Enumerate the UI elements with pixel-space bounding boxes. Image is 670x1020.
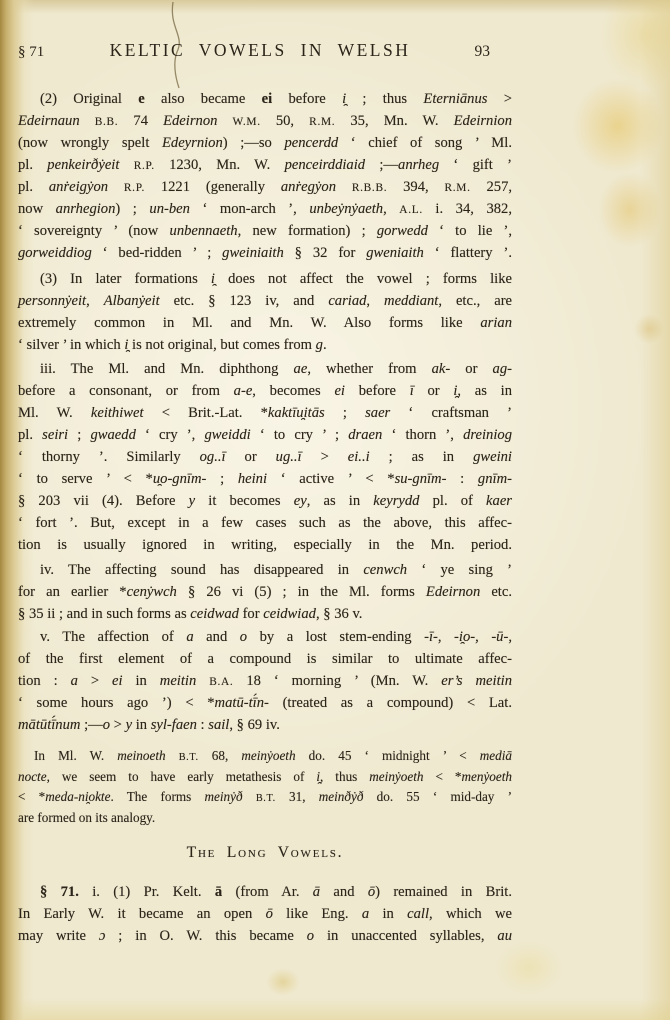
text-run: iv. The affecting sound has disappeared … [40, 562, 363, 578]
text-run: > [487, 91, 512, 107]
text-run: ; [68, 427, 90, 443]
text-run: meinẏð [204, 789, 242, 804]
text-run: Edeirnon [163, 113, 217, 129]
paper-stain [634, 314, 664, 344]
paper-stain [266, 968, 300, 996]
text-run: ei [112, 673, 123, 689]
text-run: ‘ bed-ridden ’ ; [92, 245, 222, 261]
text-run: ; thus [346, 91, 423, 107]
text-line: ‘ some hours ago ’) < *matū-tī́n- (treat… [18, 692, 512, 714]
text-run: call [407, 906, 429, 922]
text-run: ‘ mon-arch ’, [190, 201, 309, 217]
text-run: 257, [471, 179, 512, 195]
text-run: ‘ to lie ’, [428, 223, 512, 239]
text-line: < *meda-ni̯okte. The forms meinẏð B.T. 3… [18, 787, 512, 808]
text-line: iii. The Ml. and Mn. diphthong ae, wheth… [18, 358, 512, 380]
text-run: The Long Vowels. [187, 844, 344, 861]
text-run: ; [325, 405, 365, 421]
text-run: by a lost stem-ending [247, 629, 424, 645]
text-run: § 32 for [284, 245, 366, 261]
text-run: Edeirnaun [18, 113, 80, 129]
text-run [217, 113, 232, 129]
text-run: 74 [118, 113, 163, 129]
text-run: In Early W. it became an open [18, 906, 266, 922]
text-run: 50, [261, 113, 309, 129]
text-run: ‘ cry ’, [136, 427, 205, 443]
text-run: o [240, 629, 247, 645]
text-run: before [345, 383, 410, 399]
text-run: > [110, 717, 126, 733]
text-run: kaktīu̯itās [268, 405, 325, 421]
text-run: er’s meitin [441, 673, 512, 689]
text-run: like Eng. [273, 906, 362, 922]
text-run: ‘ gift ’ [439, 157, 512, 173]
text-run: ‘ active ’ < * [267, 471, 395, 487]
text-run: ey [294, 493, 307, 509]
text-run: ag- [493, 361, 512, 377]
text-run: anṙegẏon [281, 179, 336, 195]
text-run: . [323, 337, 327, 353]
text-run: iii. The Ml. and Mn. diphthong [40, 361, 294, 377]
text-run: or [450, 361, 492, 377]
text-run: > [302, 449, 348, 465]
text-run: penkeirðẏeit [47, 157, 119, 173]
text-run: , etc., are [438, 293, 512, 309]
text-run: § 203 vii (4). Before [18, 493, 189, 509]
text-line: extremely common in Ml. and Mn. W. Also … [18, 312, 512, 334]
text-run: 18 ‘ morning ’ (Mn. W. [233, 673, 441, 689]
paper-stain [494, 940, 564, 996]
page-header: § 71 KELTIC VOWELS IN WELSH 93 [18, 40, 512, 61]
text-run: i. (1) Pr. Kelt. [79, 884, 215, 900]
text-run: u̯o-gnīm- [153, 471, 207, 487]
text-run: (treated as a compound) < Lat. [269, 695, 512, 711]
text-run: < * [423, 769, 461, 784]
text-run: in [369, 906, 407, 922]
text-run: ‘ fort ’. But, except in a few cases suc… [18, 515, 512, 531]
section-heading: The Long Vowels. [18, 842, 512, 864]
paragraph-2: (2) Original e also became ei before i̯ … [18, 88, 512, 264]
text-run: -ī- [424, 629, 438, 645]
text-run: un-ben [149, 201, 190, 217]
text-run: etc. § 123 iv, and [160, 293, 329, 309]
text-run [336, 179, 352, 195]
text-run: or [226, 449, 276, 465]
text-run: in [132, 717, 151, 733]
text-run: meinẏoeth [241, 748, 295, 763]
text-run: au [497, 928, 512, 944]
text-line: Edeirnaun B.B. 74 Edeirnon W.M. 50, R.M.… [18, 110, 512, 132]
text-run: tion : [18, 673, 71, 689]
text-run: § 26 vi (5) ; in the Ml. forms [177, 584, 426, 600]
text-run [80, 113, 95, 129]
text-run: 31, [276, 789, 319, 804]
text-run: kaer [486, 493, 512, 509]
text-line: personnẏeit, Albanẏeit etc. § 123 iv, an… [18, 290, 512, 312]
text-run: keithiwet [91, 405, 144, 421]
text-run: , as in [307, 493, 374, 509]
text-run: B.B. [95, 116, 119, 128]
text-line: ‘ sovereignty ’ (now unbennaeth, new for… [18, 220, 512, 242]
page-edge-bottom [0, 998, 670, 1020]
text-run: ak- [432, 361, 451, 377]
text-run: Albanẏeit [104, 293, 160, 309]
text-run: < * [18, 789, 45, 804]
text-run: 35, Mn. W. [335, 113, 453, 129]
text-line: mātūtī́num ;—o > y in syl-faen : sail, §… [18, 714, 512, 736]
text-run: a [186, 629, 193, 645]
text-run: Edeirnon [426, 584, 480, 600]
text-line: (3) In later formations i̯ does not affe… [18, 268, 512, 290]
text-run: do. 45 ‘ midnight ’ < [296, 748, 480, 763]
text-run: syl-faen [151, 717, 197, 733]
text-run: gweiniaith [222, 245, 284, 261]
text-run: keyrydd [373, 493, 419, 509]
text-run: ) ; [115, 201, 149, 217]
text-run: arian [480, 315, 512, 331]
text-run: o [307, 928, 314, 944]
text-run: R.M. [309, 116, 335, 128]
text-run: unbennaeth [170, 223, 238, 239]
text-run: menẏoeth [461, 769, 512, 784]
text-run: for [239, 606, 263, 622]
text-line: are formed on its analogy. [18, 808, 512, 829]
text-run: R.P. [124, 182, 145, 194]
text-line: iv. The affecting sound has disappeared … [18, 559, 512, 581]
text-run: a [71, 673, 78, 689]
text-run: seiri [42, 427, 68, 443]
text-run: og..ī [200, 449, 226, 465]
text-run: v. The affection of [40, 629, 186, 645]
text-run: ā [313, 884, 320, 900]
text-run: mātūtī́num [18, 717, 80, 733]
text-run: cenwch [363, 562, 407, 578]
text-run: heini [238, 471, 267, 487]
text-run: gnīm- [478, 471, 512, 487]
text-run: 394, [387, 179, 444, 195]
text-run: B.T. [256, 793, 276, 804]
text-run: also became [145, 91, 262, 107]
text-run [119, 157, 133, 173]
text-run: anrhegion [56, 201, 116, 217]
text-line: In Ml. W. meinoeth B.T. 68, meinẏoeth do… [18, 746, 512, 767]
paragraph-iii: iii. The Ml. and Mn. diphthong ae, wheth… [18, 358, 512, 556]
text-run: i. 34, 382, [423, 201, 512, 217]
text-run: g [316, 337, 323, 353]
text-run: Edeyrnion [162, 135, 223, 151]
text-run: meinðẏð [319, 789, 364, 804]
text-run: ;— [365, 157, 398, 173]
text-line: tion is usually ignored in writing, espe… [18, 534, 512, 556]
text-run: extremely common in Ml. and Mn. W. Also … [18, 315, 480, 331]
text-line: (2) Original e also became ei before i̯ … [18, 88, 512, 110]
text-run: and [194, 629, 240, 645]
text-run: a-e [234, 383, 253, 399]
text-line: The Long Vowels. [18, 842, 512, 864]
text-line: tion : a > ei in meitin B.A. 18 ‘ mornin… [18, 670, 512, 692]
text-run: ) remained in Brit. [375, 884, 512, 900]
text-line: pl. seiri ; gwaedd ‘ cry ’, gweiddi ‘ to… [18, 424, 512, 446]
text-run: gweini [473, 449, 512, 465]
text-run: ceidwiad [263, 606, 316, 622]
text-run: penceirddiaid [285, 157, 366, 173]
text-line: § 203 vii (4). Before y it becomes ey, a… [18, 490, 512, 512]
text-run: cenẏwch [127, 584, 177, 600]
text-run: gorwedd [377, 223, 428, 239]
paragraph-iv: iv. The affecting sound has disappeared … [18, 559, 512, 625]
text-run: ceidwad [190, 606, 239, 622]
text-run: o [103, 717, 110, 733]
text-run: , which we [429, 906, 512, 922]
text-line: § 35 ii ; and in such forms as ceidwad f… [18, 603, 512, 625]
text-run: of the first element of a compound is si… [18, 651, 512, 667]
text-run: meda-ni̯okte [45, 789, 110, 804]
paragraph-71: § 71. i. (1) Pr. Kelt. ā (from Ar. ā and… [18, 881, 512, 947]
text-run: , whether from [307, 361, 431, 377]
text-run: ae [294, 361, 308, 377]
text-run: it becomes [195, 493, 294, 509]
text-run: , § 69 iv. [229, 717, 280, 733]
text-run: -i̯o- [454, 629, 475, 645]
text-run: ‘ thorny ’. Similarly [18, 449, 200, 465]
text-run: ei..i [348, 449, 370, 465]
text-run: : [446, 471, 477, 487]
text-run: for an earlier * [18, 584, 127, 600]
text-run: R.P. [134, 160, 155, 172]
text-run: ei [334, 383, 345, 399]
text-run: In Ml. W. [34, 748, 117, 763]
text-run: saer [365, 405, 390, 421]
text-run: draen [348, 427, 382, 443]
text-run: . The forms [110, 789, 204, 804]
text-line: § 71. i. (1) Pr. Kelt. ā (from Ar. ā and… [18, 881, 512, 903]
text-line: (now wrongly spelt Edeyrnion) ;—so pence… [18, 132, 512, 154]
text-run: pl. [18, 179, 49, 195]
paragraph-v: v. The affection of a and o by a lost st… [18, 626, 512, 736]
text-run: are formed on its analogy. [18, 810, 155, 825]
text-run: ‘ silver ’ in which [18, 337, 124, 353]
text-line: ‘ to serve ’ < *u̯o-gnīm- ; heini ‘ acti… [18, 468, 512, 490]
text-line: pl. anṙeigẏon R.P. 1221 (generally anṙeg… [18, 176, 512, 198]
book-page: § 71 KELTIC VOWELS IN WELSH 93 (2) Origi… [0, 0, 670, 1020]
text-run: now [18, 201, 56, 217]
text-run: is not original, but comes from [128, 337, 315, 353]
text-run: , [475, 629, 491, 645]
text-run: pl. [18, 157, 47, 173]
text-line: Ml. W. keithiwet < Brit.-Lat. *kaktīu̯it… [18, 402, 512, 424]
text-run: ; [206, 471, 237, 487]
text-run: (now wrongly spelt [18, 135, 162, 151]
text-run: meinoeth [117, 748, 165, 763]
text-line: may write ɔ ; in O. W. this became o in … [18, 925, 512, 947]
text-line: ‘ silver ’ in which i̯ is not original, … [18, 334, 512, 356]
text-run [243, 789, 256, 804]
text-run: gwaedd [90, 427, 135, 443]
text-run: (3) In later formations [40, 271, 211, 287]
text-line: of the first element of a compound is si… [18, 648, 512, 670]
text-run: personnẏeit [18, 293, 86, 309]
page-number: 93 [432, 43, 512, 61]
text-run: dreiniog [463, 427, 512, 443]
text-run [108, 179, 124, 195]
text-run: meddiant [384, 293, 438, 309]
text-run: ‘ flattery ’. [424, 245, 512, 261]
text-line: v. The affection of a and o by a lost st… [18, 626, 512, 648]
text-run: 1221 (generally [145, 179, 281, 195]
text-run: gweniaith [366, 245, 424, 261]
text-run: do. 55 ‘ mid-day ’ [363, 789, 512, 804]
text-run: tion is usually ignored in writing, espe… [18, 537, 512, 553]
text-line: ‘ thorny ’. Similarly og..ī or ug..ī > e… [18, 446, 512, 468]
text-run: ‘ to serve ’ < * [18, 471, 153, 487]
text-run: pencerdd [284, 135, 338, 151]
text-run: , [383, 201, 399, 217]
text-run: Edeirnion [454, 113, 512, 129]
text-run: gorweiddiog [18, 245, 92, 261]
running-title: KELTIC VOWELS IN WELSH [88, 40, 432, 61]
text-run: matū-tī́n- [215, 695, 269, 711]
text-run: , [86, 293, 104, 309]
text-run: R.M. [445, 182, 471, 194]
text-run: anṙeigẏon [49, 179, 108, 195]
text-run: , [508, 629, 512, 645]
text-run: ‘ ye sing ’ [407, 562, 512, 578]
paragraph-3: (3) In later formations i̯ does not affe… [18, 268, 512, 356]
text-run: ; as in [370, 449, 473, 465]
text-run: before [272, 91, 342, 107]
text-run: , as in [457, 383, 512, 399]
text-run: ‘ some hours ago ’) < * [18, 695, 215, 711]
paper-stain [598, 172, 662, 248]
text-run: 1230, Mn. W. [155, 157, 285, 173]
text-run: anrheg [398, 157, 439, 173]
text-run: , new formation) ; [238, 223, 377, 239]
text-run: > [78, 673, 112, 689]
text-run: 68, [199, 748, 242, 763]
text-run: ug..ī [276, 449, 302, 465]
text-run: B.T. [179, 752, 199, 763]
text-run: , thus [320, 769, 369, 784]
text-run: su-gnīm- [395, 471, 447, 487]
text-run: § 71. [40, 884, 79, 900]
text-run: , [366, 293, 384, 309]
text-run: ō [266, 906, 273, 922]
text-run: and [320, 884, 368, 900]
text-run: B.A. [209, 676, 233, 688]
paragraph-smalltype: In Ml. W. meinoeth B.T. 68, meinẏoeth do… [18, 746, 512, 828]
text-line: before a consonant, or from a-e, becomes… [18, 380, 512, 402]
paper-stain [572, 78, 664, 174]
text-run: nocte [18, 769, 47, 784]
text-run: , [438, 629, 454, 645]
page-edge-top [0, 0, 670, 14]
text-run: , becomes [252, 383, 334, 399]
text-run: before a consonant, or from [18, 383, 234, 399]
text-run: (from Ar. [222, 884, 313, 900]
text-line: nocte, we seem to have early metathesis … [18, 767, 512, 788]
text-line: pl. penkeirðẏeit R.P. 1230, Mn. W. pence… [18, 154, 512, 176]
text-run: ‘ sovereignty ’ (now [18, 223, 170, 239]
text-line: for an earlier *cenẏwch § 26 vi (5) ; in… [18, 581, 512, 603]
text-run: R.B.B. [352, 182, 387, 194]
text-run: Ml. W. [18, 405, 91, 421]
text-run: cariad [328, 293, 366, 309]
text-line: In Early W. it became an open ō like Eng… [18, 903, 512, 925]
text-run: A.L. [399, 204, 423, 216]
text-run: < Brit.-Lat. * [144, 405, 268, 421]
text-run: ) ;—so [223, 135, 285, 151]
text-run: sail [208, 717, 229, 733]
text-run: unbeẏnẏaeth [309, 201, 383, 217]
text-run: etc. [480, 584, 512, 600]
text-line: gorweiddiog ‘ bed-ridden ’ ; gweiniaith … [18, 242, 512, 264]
text-run [166, 748, 179, 763]
text-run: , we seem to have early metathesis of [47, 769, 317, 784]
text-block: (2) Original e also became ei before i̯ … [18, 88, 512, 947]
text-run: ei [262, 91, 273, 107]
text-run: ;— [80, 717, 102, 733]
text-run: Eterniānus [423, 91, 487, 107]
text-run: mediā [480, 748, 512, 763]
paper-stain [600, 0, 670, 90]
text-run: ‘ to cry ’ ; [251, 427, 349, 443]
page-edge-right [640, 0, 670, 1020]
text-run: (2) Original [40, 91, 138, 107]
text-run: in unaccented syllables, [314, 928, 497, 944]
text-run: meitin [160, 673, 196, 689]
text-run: or [414, 383, 454, 399]
text-run: -ū- [491, 629, 508, 645]
text-line: ‘ fort ’. But, except in a few cases suc… [18, 512, 512, 534]
text-run [196, 673, 209, 689]
text-run: ; in O. W. this became [105, 928, 306, 944]
text-run: pl. of [419, 493, 486, 509]
text-run: § 35 ii ; and in such forms as [18, 606, 190, 622]
text-run: in [123, 673, 160, 689]
text-run: ‘ craftsman ’ [390, 405, 512, 421]
section-number: § 71 [18, 44, 88, 61]
text-line: now anrhegion) ; un-ben ‘ mon-arch ’, un… [18, 198, 512, 220]
text-run: meinẏoeth [369, 769, 423, 784]
text-run: : [197, 717, 208, 733]
text-run: ‘ thorn ’, [382, 427, 463, 443]
text-run: pl. [18, 427, 42, 443]
text-run: may write [18, 928, 99, 944]
text-run: , § 36 v. [316, 606, 362, 622]
text-run: gweiddi [204, 427, 250, 443]
text-run: W.M. [233, 116, 261, 128]
text-run: does not affect the vowel ; forms like [215, 271, 512, 287]
text-run: ‘ chief of song ’ Ml. [338, 135, 512, 151]
